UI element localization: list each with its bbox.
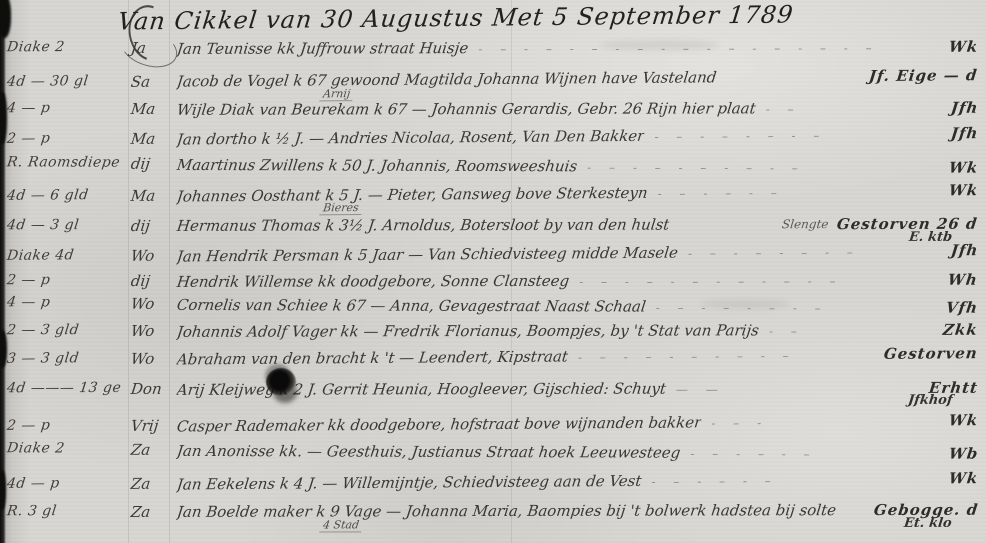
trail-dashes: - – - – - –: [641, 468, 948, 488]
fee-cell: 4 — p: [6, 100, 128, 116]
trail-dashes: - – - – - – - –: [644, 123, 950, 143]
entry-line: Jacob de Vogel k 67 gewoond Magtilda Joh…: [177, 66, 978, 90]
clerk-mark: Wb: [948, 445, 980, 463]
trail-dashes: — —: [666, 378, 929, 397]
fee-cell: 4 — p: [6, 294, 128, 310]
clerk-mark: Gestorven 26 d: [836, 215, 979, 233]
entry-text: Hendrik Willemse kk doodgebore, Sonne Cl…: [176, 272, 570, 291]
fee-cell: 4d ——— 13 ge: [6, 380, 128, 396]
entry-line: Casper Rademaker kk doodgebore, hofstraa…: [177, 410, 978, 435]
day-cell: Wo: [130, 247, 174, 265]
clerk-mark: Gestorven: [883, 344, 979, 363]
trail-dashes: - – - – - – - –: [678, 240, 951, 260]
day-cell: Za: [130, 503, 174, 521]
clerk-mark: Wh: [947, 271, 979, 289]
register-row: 4d ——— 13 ge Don Arij Kleijweg k 2 J. Ge…: [0, 378, 986, 409]
clerk-mark: Vfh: [945, 299, 979, 317]
trail-dashes: - – - – - –: [680, 443, 948, 462]
entry-text: Wijle Diak van Beurekam k 67 — Johannis …: [176, 99, 757, 119]
entry-line: Jan Anonisse kk. — Geesthuis, Justianus …: [177, 441, 978, 463]
fee-cell: R. 3 gl: [6, 503, 128, 519]
trail-dashes: - – - – - – - – - – - – - – - – - –: [468, 37, 948, 56]
day-cell: dij: [130, 272, 174, 290]
clerk-mark: Zkk: [942, 321, 979, 339]
entry-text: Jan Boelde maker k 9 Vage — Johanna Mari…: [176, 501, 837, 521]
fee-cell: 4d — 30 gl: [6, 73, 128, 90]
clerk-mark: Jfh: [949, 241, 979, 259]
fee-cell: 4d — 3 gl: [6, 217, 128, 233]
fee-cell: Diake 2: [6, 39, 128, 55]
trail-dashes: - – - – - – - – - –: [577, 156, 949, 175]
scanned-register-page: Van Cikkel van 30 Augustus Met 5 Septemb…: [0, 0, 986, 543]
entry-text: Jacob de Vogel k 67 gewoond Magtilda Joh…: [176, 68, 718, 90]
scan-edge-blob: [0, 0, 11, 38]
entry-text: Cornelis van Schiee k 67 — Anna, Gevages…: [176, 296, 647, 316]
entry-line: Johannis Adolf Vager kk — Fredrik Floria…: [177, 320, 978, 341]
clerk-mark: Jf. Eige — d: [868, 66, 979, 85]
clerk-mark-2: Et. klo: [904, 516, 953, 531]
entry-line: Cornelis van Schiee k 67 — Anna, Gevages…: [177, 295, 978, 317]
entry-text: Abraham van den bracht k 't — Leendert, …: [176, 347, 569, 368]
register-row: 4d — 30 gl Sa Arnij Jacob de Vogel k 67 …: [0, 66, 986, 102]
clerk-mark: Wk: [948, 38, 979, 56]
day-cell: Za: [130, 475, 174, 493]
clerk-mark: Wk: [948, 159, 980, 177]
entry-line: Jan Boelde maker k 9 Vage — Johanna Mari…: [177, 501, 978, 521]
entry-line: Wijle Diak van Beurekam k 67 — Johannis …: [177, 98, 978, 119]
trail-dashes: [669, 225, 837, 229]
entry-line: Arij Kleijweg k 2 J. Gerrit Heunia, Hoog…: [177, 378, 978, 399]
clerk-mark: Jfh: [949, 99, 979, 117]
fee-cell: 2 — 3 gld: [6, 322, 128, 338]
fee-cell: Diake 4d: [6, 247, 128, 264]
entry-line: Maartinus Zwillens k 50 J. Johannis, Roo…: [177, 155, 978, 177]
trail-dashes: - –: [756, 98, 951, 117]
day-cell: Ma: [130, 187, 174, 205]
entry-text: Casper Rademaker kk doodgebore, hofstraa…: [176, 413, 702, 435]
trail-dashes: - – - – - – - – - – - –: [569, 270, 948, 289]
trail-dashes: - – - – - – - – - –: [568, 344, 884, 364]
ink-blot: [266, 368, 296, 396]
trail-dashes: - – - – - –: [648, 180, 949, 200]
clerk-mark: Wk: [948, 411, 979, 429]
trail-dashes: - – -: [701, 410, 948, 430]
entry-text: Johannis Adolf Vager kk — Fredrik Floria…: [176, 321, 760, 341]
day-cell: Don: [130, 380, 174, 398]
register-row: R. 3 gl Za 4 Stad Jan Boelde maker k 9 V…: [0, 501, 986, 532]
page-title: Van Cikkel van 30 Augustus Met 5 Septemb…: [116, 0, 795, 35]
day-cell: Ma: [130, 130, 174, 148]
register-row: 4d — p Za Jan Eekelens k 4 J. — Willemij…: [0, 468, 986, 504]
fee-cell: Diake 2: [6, 440, 128, 456]
day-cell: Ja: [130, 39, 174, 57]
entry-line: Jan Teunisse kk Juffrouw straat Huisje -…: [177, 37, 978, 58]
entry-text: Maartinus Zwillens k 50 J. Johannis, Roo…: [176, 156, 578, 175]
clerk-mark: Wk: [948, 469, 979, 487]
fee-cell: 2 — p: [6, 130, 128, 147]
clerk-mark-2: Jfkhof: [907, 393, 953, 408]
entry-text: Hermanus Thomas k 3½ J. Arnoldus, Boters…: [176, 216, 671, 235]
day-cell: Wo: [130, 322, 174, 340]
entry-text: Jan Eekelens k 4 J. — Willemijntje, Schi…: [176, 472, 643, 494]
entry-text: Jan dortho k ½ J. — Andries Nicolaa, Ros…: [176, 127, 646, 149]
entry-text: Jan Hendrik Persman k 5 Jaar — Van Schie…: [176, 244, 679, 266]
register-row: 4d — 6 gld Ma Bieres Johannes Oosthant k…: [0, 180, 986, 216]
entry-line: Jan Eekelens k 4 J. — Willemijntje, Schi…: [177, 468, 978, 493]
day-cell: Vrij: [130, 417, 174, 435]
day-cell: dij: [130, 217, 174, 235]
register-row: Diake 2 Za Jan Anonisse kk. — Geesthuis,…: [0, 440, 986, 471]
fee-cell: 4d — 6 gld: [6, 187, 128, 204]
entry-text: Jan Anonisse kk. — Geesthuis, Justianus …: [176, 442, 682, 462]
fee-cell: 2 — p: [6, 417, 128, 434]
fee-cell: 4d — p: [6, 475, 128, 492]
fee-cell: 2 — p: [6, 272, 128, 288]
entry-line: Hermanus Thomas k 3½ J. Arnoldus, Boters…: [177, 215, 978, 235]
trail-dashes: - –: [759, 320, 943, 338]
trail-dashes: [716, 77, 869, 82]
day-cell: dij: [130, 155, 174, 173]
trail-dashes: [836, 511, 874, 515]
entry-line: Johannes Oosthant k 5 J. — Pieter, Gansw…: [177, 180, 978, 205]
clerk-mark: Jfh: [949, 124, 979, 142]
sub-annotation: 4 Stad: [319, 518, 363, 532]
register-row: Diake 2 Ja Jan Teunisse kk Juffrouw stra…: [0, 37, 986, 68]
fee-cell: R. Raomsdiepe: [6, 154, 128, 170]
entry-text: Johannes Oosthant k 5 J. — Pieter, Gansw…: [176, 184, 649, 206]
day-cell: Ma: [130, 100, 174, 118]
entry-text: Jan Teunisse kk Juffrouw straat Huisje: [176, 39, 469, 58]
day-cell: Sa: [130, 73, 174, 91]
day-cell: Wo: [130, 295, 174, 313]
fee-cell: 3 — 3 gld: [6, 350, 128, 367]
day-cell: Za: [130, 441, 174, 459]
trail-dashes: - – - – - – - –: [646, 297, 946, 316]
clerk-mark: Wk: [948, 181, 979, 199]
entry-line: Hendrik Willemse kk doodgebore, Sonne Cl…: [177, 270, 978, 291]
entry-text: Arij Kleijweg k 2 J. Gerrit Heunia, Hoog…: [176, 380, 667, 399]
register-row: 2 — p Ma Jan dortho k ½ J. — Andries Nic…: [0, 123, 986, 159]
day-cell: Wo: [130, 350, 174, 368]
header-row: Van Cikkel van 30 Augustus Met 5 Septemb…: [118, 0, 794, 35]
